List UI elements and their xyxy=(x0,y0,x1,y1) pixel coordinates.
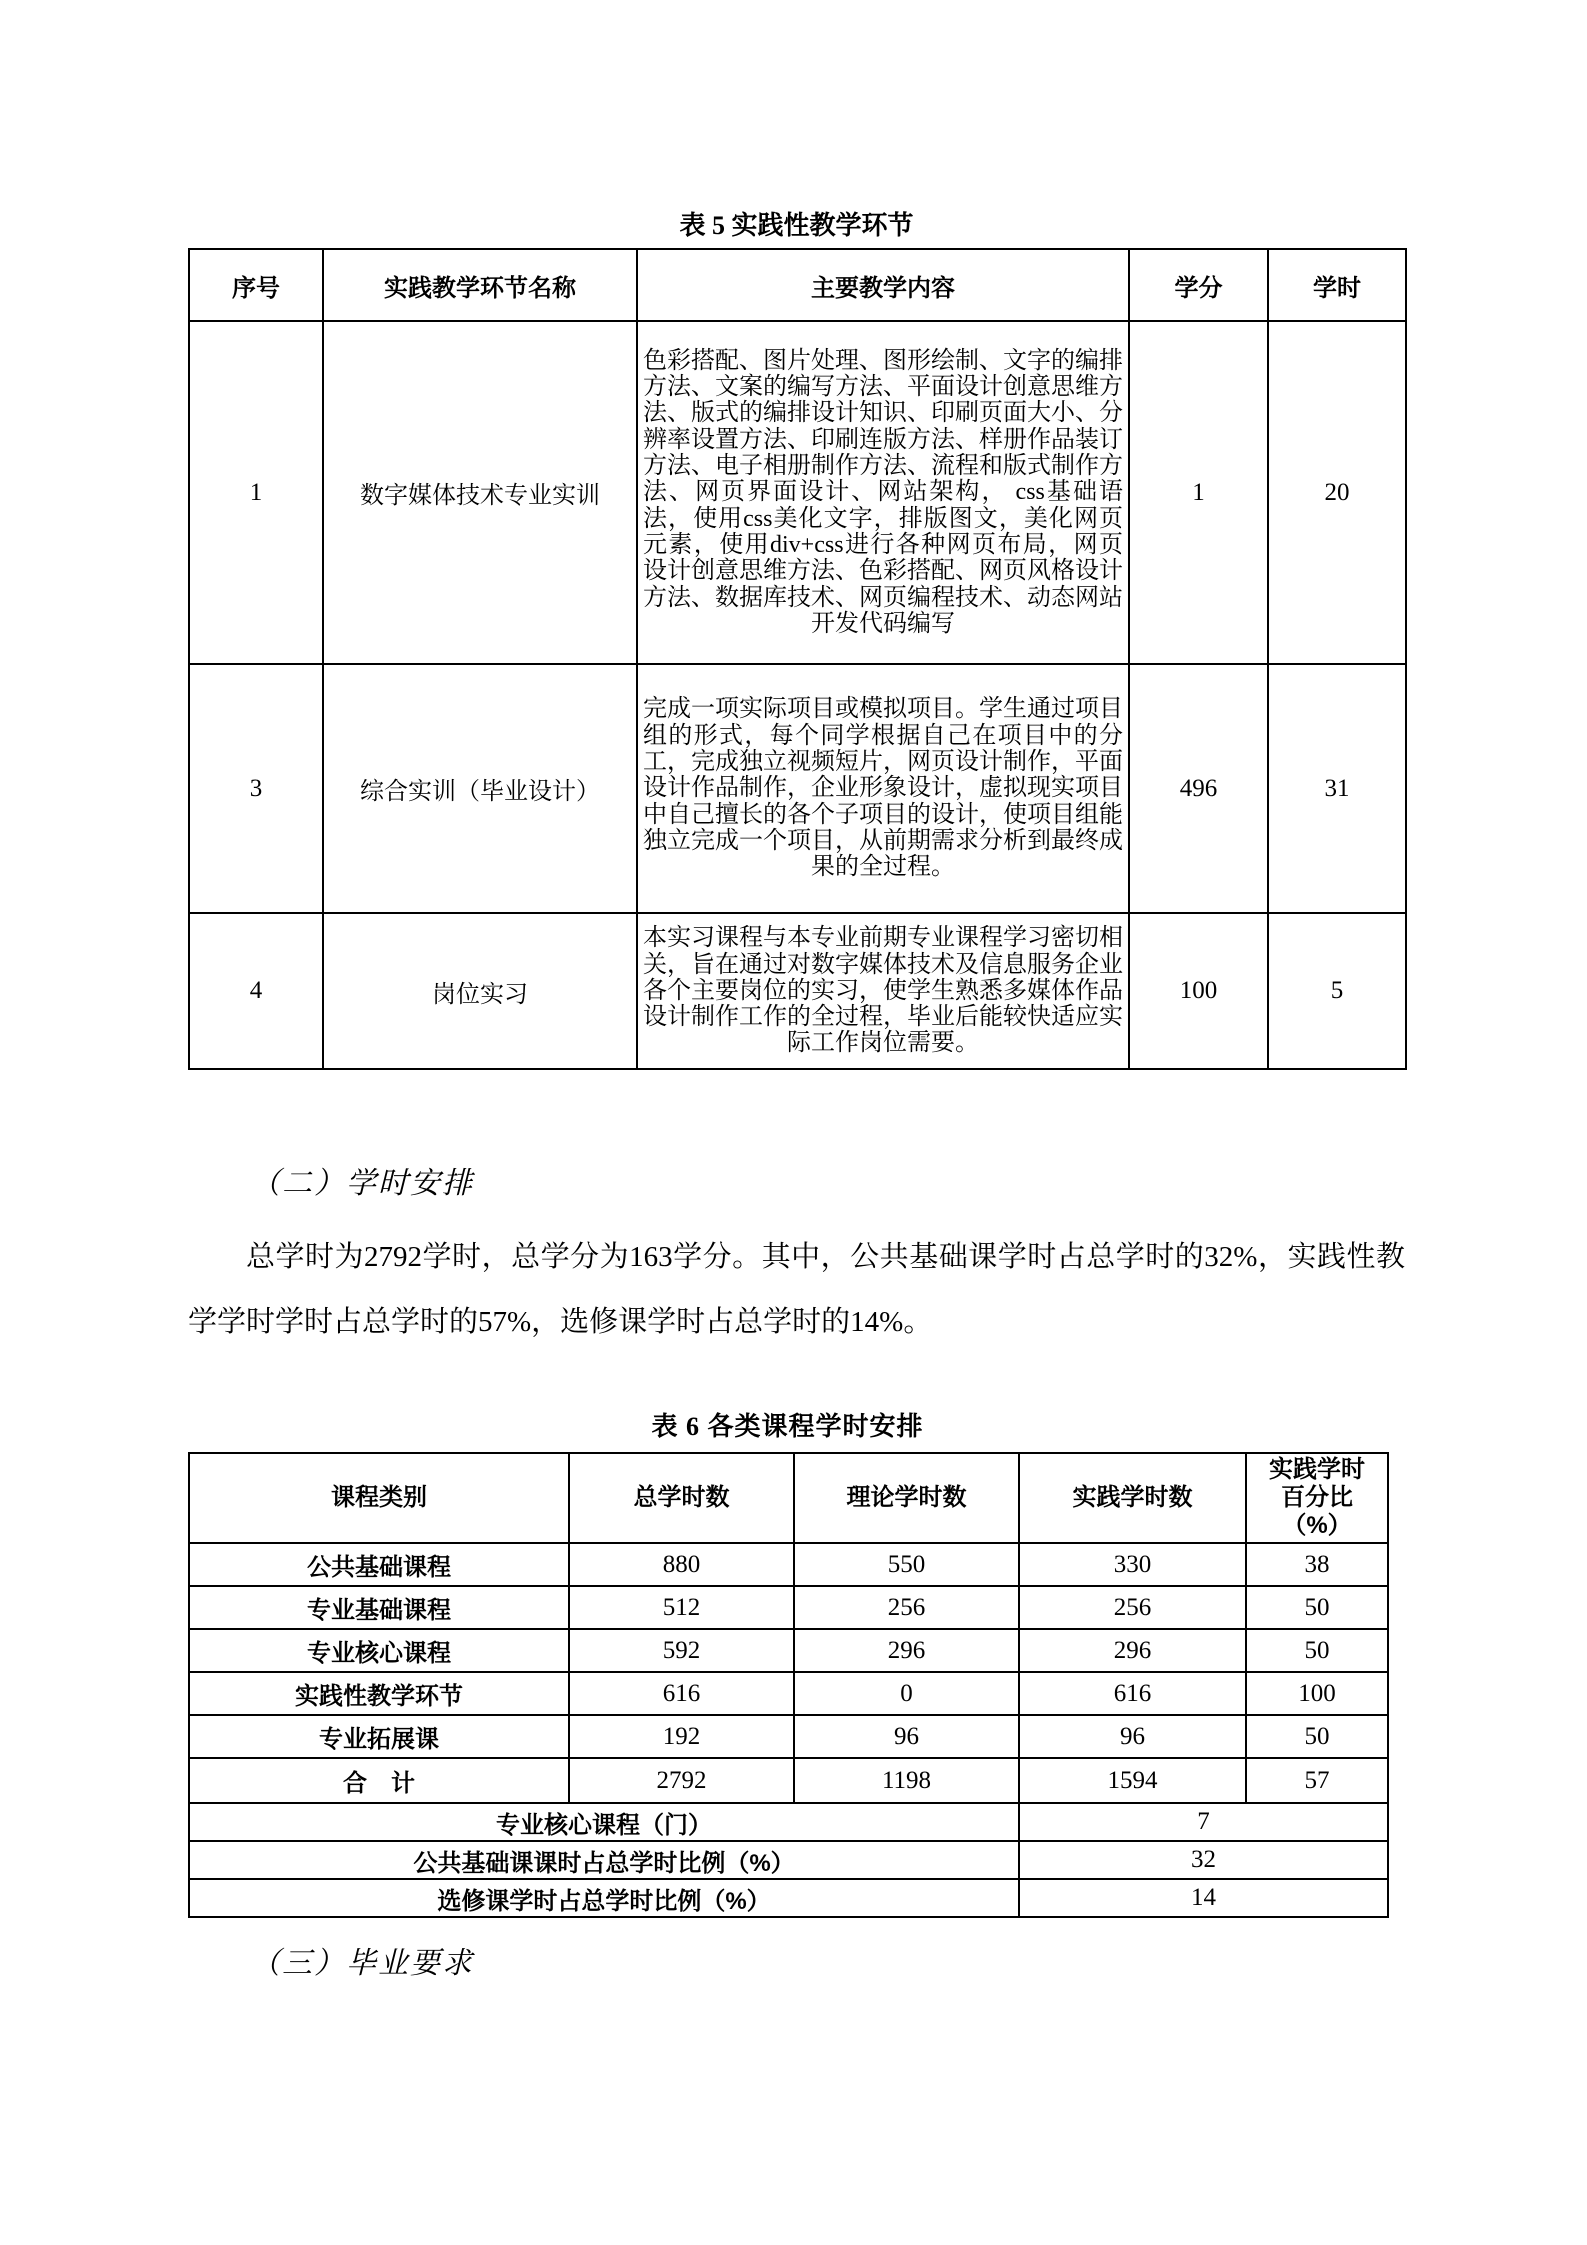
t6-row4-practice: 616 xyxy=(1019,1672,1246,1715)
table6-course-hours: 课程类别 总学时数 理论学时数 实践学时数 实践学时 百分比 （%） 公共基础课… xyxy=(188,1452,1389,1918)
table-row: 公共基础课程 880 550 330 38 xyxy=(189,1543,1388,1586)
table-row: 1 数字媒体技术专业实训 色彩搭配、图片处理、图形绘制、文字的编排方法、文案的编… xyxy=(189,321,1406,664)
t5-row2-hours: 31 xyxy=(1268,664,1406,913)
t6-row1-percent: 38 xyxy=(1246,1543,1388,1586)
t5-header-content: 主要教学内容 xyxy=(637,249,1129,321)
t5-row1-seq: 1 xyxy=(189,321,323,664)
t6-row1-category: 公共基础课程 xyxy=(189,1543,569,1586)
t5-row3-content: 本实习课程与本专业前期专业课程学习密切相关，旨在通过对数字媒体技术及信息服务企业… xyxy=(637,913,1129,1069)
t5-row3-name: 岗位实习 xyxy=(323,913,637,1069)
t6-elective-ratio-value: 14 xyxy=(1019,1879,1388,1917)
table-summary-row: 专业核心课程（门） 7 xyxy=(189,1803,1388,1841)
t5-row1-name: 数字媒体技术专业实训 xyxy=(323,321,637,664)
t5-row1-content: 色彩搭配、图片处理、图形绘制、文字的编排方法、文案的编写方法、平面设计创意思维方… xyxy=(637,321,1129,664)
t5-header-seq: 序号 xyxy=(189,249,323,321)
t6-header-category: 课程类别 xyxy=(189,1453,569,1543)
t5-row2-credits: 496 xyxy=(1129,664,1268,913)
t6-row2-practice: 256 xyxy=(1019,1586,1246,1629)
t6-row5-category: 专业拓展课 xyxy=(189,1715,569,1758)
t6-core-courses-label: 专业核心课程（门） xyxy=(189,1803,1019,1841)
table-row: 专业拓展课 192 96 96 50 xyxy=(189,1715,1388,1758)
table5-header-row: 序号 实践教学环节名称 主要教学内容 学分 学时 xyxy=(189,249,1406,321)
t6-row5-percent: 50 xyxy=(1246,1715,1388,1758)
table-summary-row: 选修课学时占总学时比例（%） 14 xyxy=(189,1879,1388,1917)
table5-practical-teaching: 序号 实践教学环节名称 主要教学内容 学分 学时 1 数字媒体技术专业实训 色彩… xyxy=(188,248,1407,1070)
t6-row1-theory: 550 xyxy=(794,1543,1019,1586)
table-row: 4 岗位实习 本实习课程与本专业前期专业课程学习密切相关，旨在通过对数字媒体技术… xyxy=(189,913,1406,1069)
t5-row1-credits: 1 xyxy=(1129,321,1268,664)
t6-row4-total: 616 xyxy=(569,1672,794,1715)
t6-header-practice-percent: 实践学时 百分比 （%） xyxy=(1246,1453,1388,1543)
table5-title: 表 5 实践性教学环节 xyxy=(188,205,1405,242)
table-summary-row: 公共基础课课时占总学时比例（%） 32 xyxy=(189,1841,1388,1879)
t6-basic-ratio-value: 32 xyxy=(1019,1841,1388,1879)
table-row: 专业核心课程 592 296 296 50 xyxy=(189,1629,1388,1672)
t6-row2-theory: 256 xyxy=(794,1586,1019,1629)
t6-row3-practice: 296 xyxy=(1019,1629,1246,1672)
t6-row4-percent: 100 xyxy=(1246,1672,1388,1715)
t6-total-theory: 1198 xyxy=(794,1758,1019,1803)
t6-total-label: 合 计 xyxy=(189,1758,569,1803)
t5-row1-hours: 20 xyxy=(1268,321,1406,664)
table-total-row: 合 计 2792 1198 1594 57 xyxy=(189,1758,1388,1803)
t6-header-total-hours: 总学时数 xyxy=(569,1453,794,1543)
table6-title: 表 6 各类课程学时安排 xyxy=(188,1406,1387,1443)
hours-paragraph: 总学时为2792学时，总学分为163学分。其中，公共基础课学时占总学时的32%，… xyxy=(188,1225,1405,1355)
t6-row3-percent: 50 xyxy=(1246,1629,1388,1672)
t6-row1-practice: 330 xyxy=(1019,1543,1246,1586)
t5-row2-name: 综合实训（毕业设计） xyxy=(323,664,637,913)
t6-row4-category: 实践性教学环节 xyxy=(189,1672,569,1715)
table6-header-row: 课程类别 总学时数 理论学时数 实践学时数 实践学时 百分比 （%） xyxy=(189,1453,1388,1543)
t6-row3-theory: 296 xyxy=(794,1629,1019,1672)
table-row: 专业基础课程 512 256 256 50 xyxy=(189,1586,1388,1629)
t6-row5-practice: 96 xyxy=(1019,1715,1246,1758)
t6-row5-total: 192 xyxy=(569,1715,794,1758)
t6-row3-category: 专业核心课程 xyxy=(189,1629,569,1672)
t6-row3-total: 592 xyxy=(569,1629,794,1672)
t6-elective-ratio-label: 选修课学时占总学时比例（%） xyxy=(189,1879,1019,1917)
t5-header-name: 实践教学环节名称 xyxy=(323,249,637,321)
t5-row3-credits: 100 xyxy=(1129,913,1268,1069)
t6-row2-total: 512 xyxy=(569,1586,794,1629)
t5-row2-content: 完成一项实际项目或模拟项目。学生通过项目组的形式，每个同学根据自己在项目中的分工… xyxy=(637,664,1129,913)
t6-header-practice-hours: 实践学时数 xyxy=(1019,1453,1246,1543)
t5-row3-seq: 4 xyxy=(189,913,323,1069)
section-heading-hours: （二）学时安排 xyxy=(250,1158,474,1202)
t5-row2-seq: 3 xyxy=(189,664,323,913)
t6-row1-total: 880 xyxy=(569,1543,794,1586)
t6-header-theory-hours: 理论学时数 xyxy=(794,1453,1019,1543)
document-page: 表 5 实践性教学环节 序号 实践教学环节名称 主要教学内容 学分 学时 1 数… xyxy=(0,0,1587,2245)
t5-header-credits: 学分 xyxy=(1129,249,1268,321)
t6-row2-percent: 50 xyxy=(1246,1586,1388,1629)
t6-total-hours: 2792 xyxy=(569,1758,794,1803)
section-heading-graduation: （三）毕业要求 xyxy=(250,1938,474,1982)
t6-total-practice: 1594 xyxy=(1019,1758,1246,1803)
table-row: 实践性教学环节 616 0 616 100 xyxy=(189,1672,1388,1715)
t6-core-courses-value: 7 xyxy=(1019,1803,1388,1841)
t6-row2-category: 专业基础课程 xyxy=(189,1586,569,1629)
t6-row4-theory: 0 xyxy=(794,1672,1019,1715)
t6-total-percent: 57 xyxy=(1246,1758,1388,1803)
t5-header-hours: 学时 xyxy=(1268,249,1406,321)
t6-row5-theory: 96 xyxy=(794,1715,1019,1758)
t5-row3-hours: 5 xyxy=(1268,913,1406,1069)
t6-basic-ratio-label: 公共基础课课时占总学时比例（%） xyxy=(189,1841,1019,1879)
table-row: 3 综合实训（毕业设计） 完成一项实际项目或模拟项目。学生通过项目组的形式，每个… xyxy=(189,664,1406,913)
